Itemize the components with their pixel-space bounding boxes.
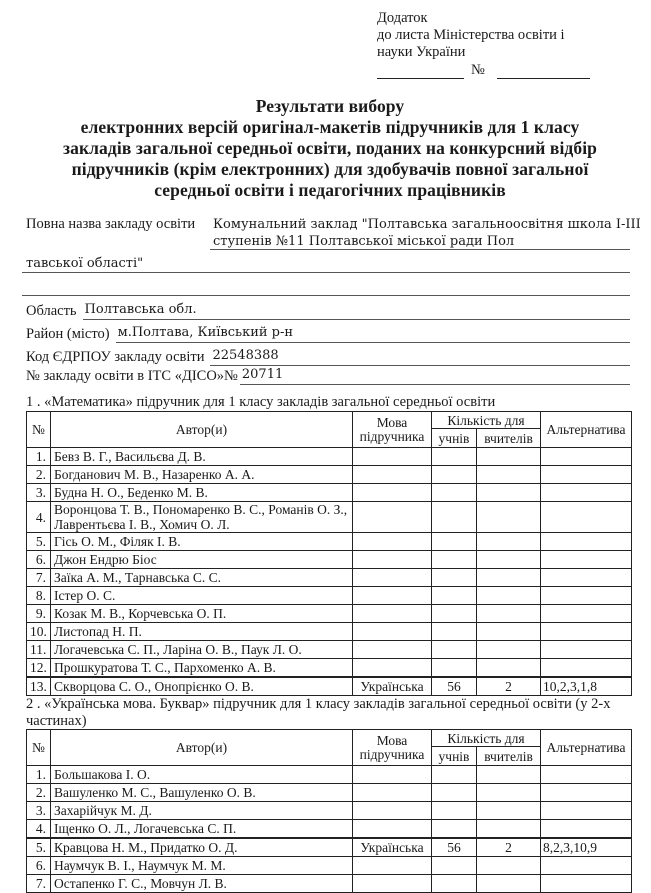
header-teachers: вчителів [477, 747, 541, 766]
row-language [353, 623, 432, 641]
row-teachers-count [477, 641, 541, 659]
row-alternative [541, 784, 632, 802]
row-pupils-count [432, 502, 477, 533]
full-name-value: Комунальний заклад "Полтавська загальноо… [213, 216, 641, 250]
table-row: 13.Скворцова С. О., Онопрієнко О. В.Укра… [27, 677, 632, 696]
row-teachers-count [477, 466, 541, 484]
row-authors: Остапенко Г. С., Мовчун Л. В. [51, 875, 353, 893]
row-authors: Джон Ендрю Біос [51, 551, 353, 569]
row-number: 11. [27, 641, 51, 659]
table-row: 11.Логачевська С. П., Ларіна О. В., Паук… [27, 641, 632, 659]
letter-number-blank [497, 64, 590, 79]
table-row: 7.Заїка А. М., Тарнавська С. С. [27, 569, 632, 587]
header-pupils: учнів [432, 747, 477, 766]
header-alternative: Альтернатива [541, 730, 632, 766]
row-number: 10. [27, 623, 51, 641]
full-name-underline-1 [210, 249, 630, 250]
section-2-rows: 1.Большакова І. О.2.Вашуленко М. С., Ваш… [27, 766, 632, 893]
district-value: м.Полтава, Київський р-н [116, 324, 630, 343]
table-row: 2.Вашуленко М. С., Вашуленко О. В. [27, 784, 632, 802]
row-authors: Кравцова Н. М., Придатко О. Д. [51, 838, 353, 857]
row-language [353, 784, 432, 802]
row-authors: Богданович М. В., Назаренко А. А. [51, 466, 353, 484]
row-number: 9. [27, 605, 51, 623]
full-name-underline-3 [22, 295, 630, 296]
title-line-4: підручників (крім електронних) для здобу… [20, 159, 640, 180]
row-alternative: 8,2,3,10,9 [541, 838, 632, 857]
row-authors: Захарійчук М. Д. [51, 802, 353, 820]
number-sign: № [471, 62, 485, 79]
row-pupils-count: 56 [432, 838, 477, 857]
letter-number-line: № [377, 62, 597, 79]
row-language: Українська [353, 838, 432, 857]
row-alternative [541, 857, 632, 875]
row-number: 4. [27, 820, 51, 839]
edrpou-label: Код ЄДРПОУ закладу освіти [26, 348, 210, 366]
header-language: Мова підручника [353, 730, 432, 766]
header-authors: Автор(и) [51, 730, 353, 766]
header-language: Мова підручника [353, 412, 432, 448]
row-teachers-count [477, 533, 541, 551]
table-row: 8.Істер О. С. [27, 587, 632, 605]
row-alternative [541, 448, 632, 466]
table-row: 1.Большакова І. О. [27, 766, 632, 784]
row-alternative [541, 587, 632, 605]
full-name-underline-2 [22, 272, 630, 273]
header-teachers: вчителів [477, 429, 541, 448]
title-line-3: закладів загальної середньої освіти, под… [20, 138, 640, 159]
row-pupils-count [432, 605, 477, 623]
table-row: 6.Наумчук В. І., Наумчук М. М. [27, 857, 632, 875]
row-pupils-count: 56 [432, 677, 477, 696]
table-row: 5.Гісь О. М., Філяк І. В. [27, 533, 632, 551]
row-number: 2. [27, 784, 51, 802]
row-number: 7. [27, 569, 51, 587]
title-line-5: середньої освіти і педагогічних працівни… [20, 180, 640, 201]
header-authors: Автор(и) [51, 412, 353, 448]
row-authors: Вашуленко М. С., Вашуленко О. В. [51, 784, 353, 802]
row-pupils-count [432, 659, 477, 678]
section-1-rows: 1.Бевз В. Г., Васильєва Д. В.2.Богданови… [27, 448, 632, 696]
header-quantity-for: Кількість для [432, 730, 541, 747]
table-row: 4.Воронцова Т. В., Пономаренко В. С., Ро… [27, 502, 632, 533]
row-pupils-count [432, 551, 477, 569]
addendum-line-2: до листа Міністерства освіти і [377, 27, 597, 44]
row-number: 5. [27, 533, 51, 551]
row-pupils-count [432, 875, 477, 893]
row-number: 4. [27, 502, 51, 533]
row-teachers-count [477, 551, 541, 569]
row-alternative [541, 484, 632, 502]
table-row: 10.Листопад Н. П. [27, 623, 632, 641]
table-row: 12.Прошкуратова Т. С., Пархоменко А. В. [27, 659, 632, 678]
region-label: Область [26, 302, 83, 320]
row-teachers-count [477, 502, 541, 533]
section-2-title: 2 . «Українська мова. Буквар» підручник … [26, 696, 631, 730]
header-num: № [27, 412, 51, 448]
row-teachers-count [477, 802, 541, 820]
row-teachers-count: 2 [477, 838, 541, 857]
row-language [353, 533, 432, 551]
row-teachers-count [477, 659, 541, 678]
row-pupils-count [432, 641, 477, 659]
row-teachers-count [477, 605, 541, 623]
title-line-2: електронних версій оригінал-макетів підр… [20, 117, 640, 138]
row-authors: Скворцова С. О., Онопрієнко О. В. [51, 677, 353, 696]
row-language [353, 659, 432, 678]
edrpou-value: 22548388 [210, 347, 630, 366]
row-language [353, 569, 432, 587]
table-row: 2.Богданович М. В., Назаренко А. А. [27, 466, 632, 484]
row-alternative [541, 766, 632, 784]
table-row: 1.Бевз В. Г., Васильєва Д. В. [27, 448, 632, 466]
row-alternative [541, 623, 632, 641]
row-alternative: 10,2,3,1,8 [541, 677, 632, 696]
table-row: 3.Захарійчук М. Д. [27, 802, 632, 820]
row-authors: Іщенко О. Л., Логачевська С. П. [51, 820, 353, 839]
full-name-line-1: Комунальний заклад "Полтавська загальноо… [213, 216, 641, 233]
row-teachers-count [477, 784, 541, 802]
row-teachers-count [477, 857, 541, 875]
table-row: 7.Остапенко Г. С., Мовчун Л. В. [27, 875, 632, 893]
row-number: 6. [27, 857, 51, 875]
row-pupils-count [432, 766, 477, 784]
row-alternative [541, 502, 632, 533]
section-1-title: 1 . «Математика» підручник для 1 класу з… [26, 394, 631, 411]
row-number: 8. [27, 587, 51, 605]
row-alternative [541, 820, 632, 839]
edrpou-field: Код ЄДРПОУ закладу освіти 22548388 [26, 346, 630, 366]
row-authors: Большакова І. О. [51, 766, 353, 784]
row-language [353, 502, 432, 533]
row-language [353, 802, 432, 820]
title-line-1: Результати вибору [20, 96, 640, 117]
its-diso-value: 20711 [240, 366, 630, 385]
row-number: 13. [27, 677, 51, 696]
header-alternative: Альтернатива [541, 412, 632, 448]
header-num: № [27, 730, 51, 766]
row-authors: Прошкуратова Т. С., Пархоменко А. В. [51, 659, 353, 678]
region-field: Область Полтавська обл. [26, 300, 630, 320]
row-number: 6. [27, 551, 51, 569]
row-pupils-count [432, 802, 477, 820]
row-teachers-count [477, 623, 541, 641]
document-title: Результати вибору електронних версій ори… [20, 96, 640, 201]
row-language [353, 857, 432, 875]
row-pupils-count [432, 820, 477, 839]
row-authors: Наумчук В. І., Наумчук М. М. [51, 857, 353, 875]
row-language [353, 587, 432, 605]
row-teachers-count [477, 820, 541, 839]
row-language [353, 875, 432, 893]
row-pupils-count [432, 587, 477, 605]
addendum-block: Додаток до листа Міністерства освіти і н… [377, 10, 597, 79]
row-number: 1. [27, 448, 51, 466]
full-name-line-3: тавської області" [26, 256, 143, 271]
row-language [353, 484, 432, 502]
row-teachers-count [477, 587, 541, 605]
row-pupils-count [432, 784, 477, 802]
row-alternative [541, 551, 632, 569]
row-pupils-count [432, 484, 477, 502]
row-alternative [541, 659, 632, 678]
row-alternative [541, 466, 632, 484]
row-authors: Логачевська С. П., Ларіна О. В., Паук Л.… [51, 641, 353, 659]
row-teachers-count [477, 875, 541, 893]
row-pupils-count [432, 466, 477, 484]
table-row: 4.Іщенко О. Л., Логачевська С. П. [27, 820, 632, 839]
addendum-line-1: Додаток [377, 10, 597, 27]
row-teachers-count [477, 766, 541, 784]
row-alternative [541, 569, 632, 587]
row-language [353, 605, 432, 623]
header-pupils: учнів [432, 429, 477, 448]
full-name-label: Повна назва закладу освіти [26, 216, 195, 233]
row-pupils-count [432, 448, 477, 466]
row-number: 1. [27, 766, 51, 784]
row-teachers-count [477, 569, 541, 587]
its-diso-label: № закладу освіти в ІТС «ДІСО»№ [26, 367, 240, 385]
section-1-table: № Автор(и) Мова підручника Кількість для… [26, 411, 632, 696]
header-quantity-for: Кількість для [432, 412, 541, 429]
row-language: Українська [353, 677, 432, 696]
full-name-line-2: ступенів №11 Полтавської міської ради По… [213, 233, 641, 250]
addendum-line-3: науки України [377, 44, 597, 61]
row-authors: Будна Н. О., Беденко М. В. [51, 484, 353, 502]
its-diso-field: № закладу освіти в ІТС «ДІСО»№ 20711 [26, 365, 630, 385]
table-row: 6.Джон Ендрю Біос [27, 551, 632, 569]
row-teachers-count [477, 448, 541, 466]
row-authors: Бевз В. Г., Васильєва Д. В. [51, 448, 353, 466]
district-field: Район (місто) м.Полтава, Київський р-н [26, 323, 630, 343]
row-alternative [541, 533, 632, 551]
row-number: 7. [27, 875, 51, 893]
section-2-table: № Автор(и) Мова підручника Кількість для… [26, 729, 632, 893]
row-pupils-count [432, 857, 477, 875]
row-pupils-count [432, 569, 477, 587]
row-language [353, 551, 432, 569]
row-language [353, 766, 432, 784]
row-alternative [541, 641, 632, 659]
row-alternative [541, 802, 632, 820]
table-row: 3.Будна Н. О., Беденко М. В. [27, 484, 632, 502]
row-authors: Гісь О. М., Філяк І. В. [51, 533, 353, 551]
row-authors: Істер О. С. [51, 587, 353, 605]
row-language [353, 641, 432, 659]
row-number: 3. [27, 802, 51, 820]
row-authors: Воронцова Т. В., Пономаренко В. С., Рома… [51, 502, 353, 533]
row-pupils-count [432, 533, 477, 551]
row-authors: Заїка А. М., Тарнавська С. С. [51, 569, 353, 587]
table-row: 9.Козак М. В., Корчевська О. П. [27, 605, 632, 623]
row-authors: Козак М. В., Корчевська О. П. [51, 605, 353, 623]
table-row: 5.Кравцова Н. М., Придатко О. Д.Українсь… [27, 838, 632, 857]
region-value: Полтавська обл. [83, 301, 630, 320]
row-teachers-count [477, 484, 541, 502]
row-language [353, 448, 432, 466]
letter-date-blank [377, 64, 464, 79]
row-language [353, 466, 432, 484]
row-number: 12. [27, 659, 51, 678]
row-alternative [541, 875, 632, 893]
row-language [353, 820, 432, 839]
row-number: 5. [27, 838, 51, 857]
row-number: 3. [27, 484, 51, 502]
row-alternative [541, 605, 632, 623]
row-teachers-count: 2 [477, 677, 541, 696]
district-label: Район (місто) [26, 325, 116, 343]
row-number: 2. [27, 466, 51, 484]
row-pupils-count [432, 623, 477, 641]
row-authors: Листопад Н. П. [51, 623, 353, 641]
